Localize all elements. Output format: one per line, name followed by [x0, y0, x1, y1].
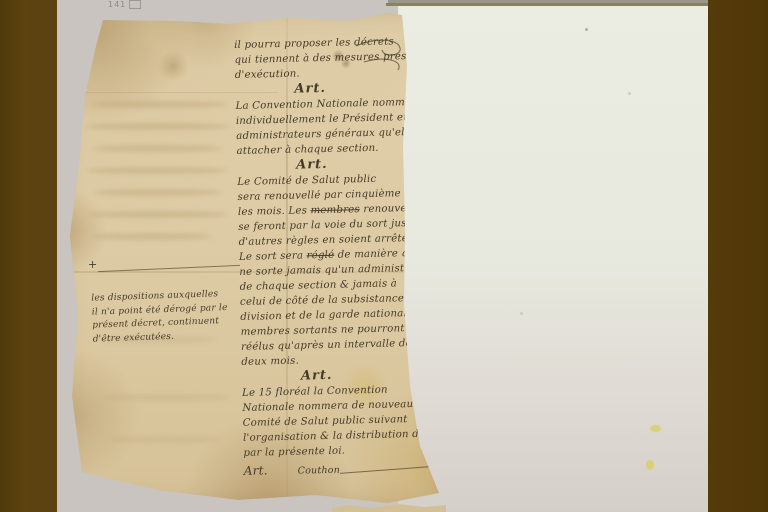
insertion-cross-mark: +: [88, 258, 97, 271]
backing-sheet: [398, 0, 708, 512]
manuscript-page: + les dispositions auxquelles il n'a poi…: [58, 6, 442, 506]
bleed-through-line: [90, 101, 228, 108]
signature: Couthon: [298, 465, 341, 477]
yellow-stain: [650, 425, 661, 432]
mount-board-left: [0, 0, 57, 512]
struck-word: réglé: [306, 250, 334, 262]
dust-speck: [585, 28, 588, 31]
photo-of-manuscript: { "colors": { "board_left": "#5b4110", "…: [0, 0, 768, 512]
top-olive-line: [386, 3, 708, 6]
mount-board-right: [708, 0, 768, 512]
bleed-through-line: [94, 189, 222, 196]
bleed-through-line: [84, 123, 230, 130]
dust-speck: [520, 312, 523, 315]
yellow-stain: [646, 460, 654, 470]
bleed-through-line: [92, 145, 222, 152]
line-segment: les mois. Les: [238, 205, 311, 218]
bleed-through-line: [86, 167, 228, 174]
bleed-through-line: [88, 211, 228, 218]
pencil-number: 141: [108, 0, 126, 9]
margin-note: les dispositions auxquelles il n'a point…: [91, 287, 245, 346]
bleed-through-line: [110, 436, 220, 443]
line-segment: Le sort sera: [239, 250, 307, 263]
pencil-box-mark: [129, 0, 141, 9]
article-heading: Art.: [244, 463, 268, 478]
pencil-inventory-note: 141: [108, 0, 141, 9]
bleed-through-line: [92, 233, 212, 240]
bleed-through-line: [104, 394, 230, 401]
manuscript-line: par la présente loi.: [243, 442, 415, 461]
struck-word: membres: [310, 204, 360, 216]
dust-speck: [628, 92, 631, 95]
manuscript-text-column: il pourra proposer les décrets qui tienn…: [234, 34, 416, 481]
